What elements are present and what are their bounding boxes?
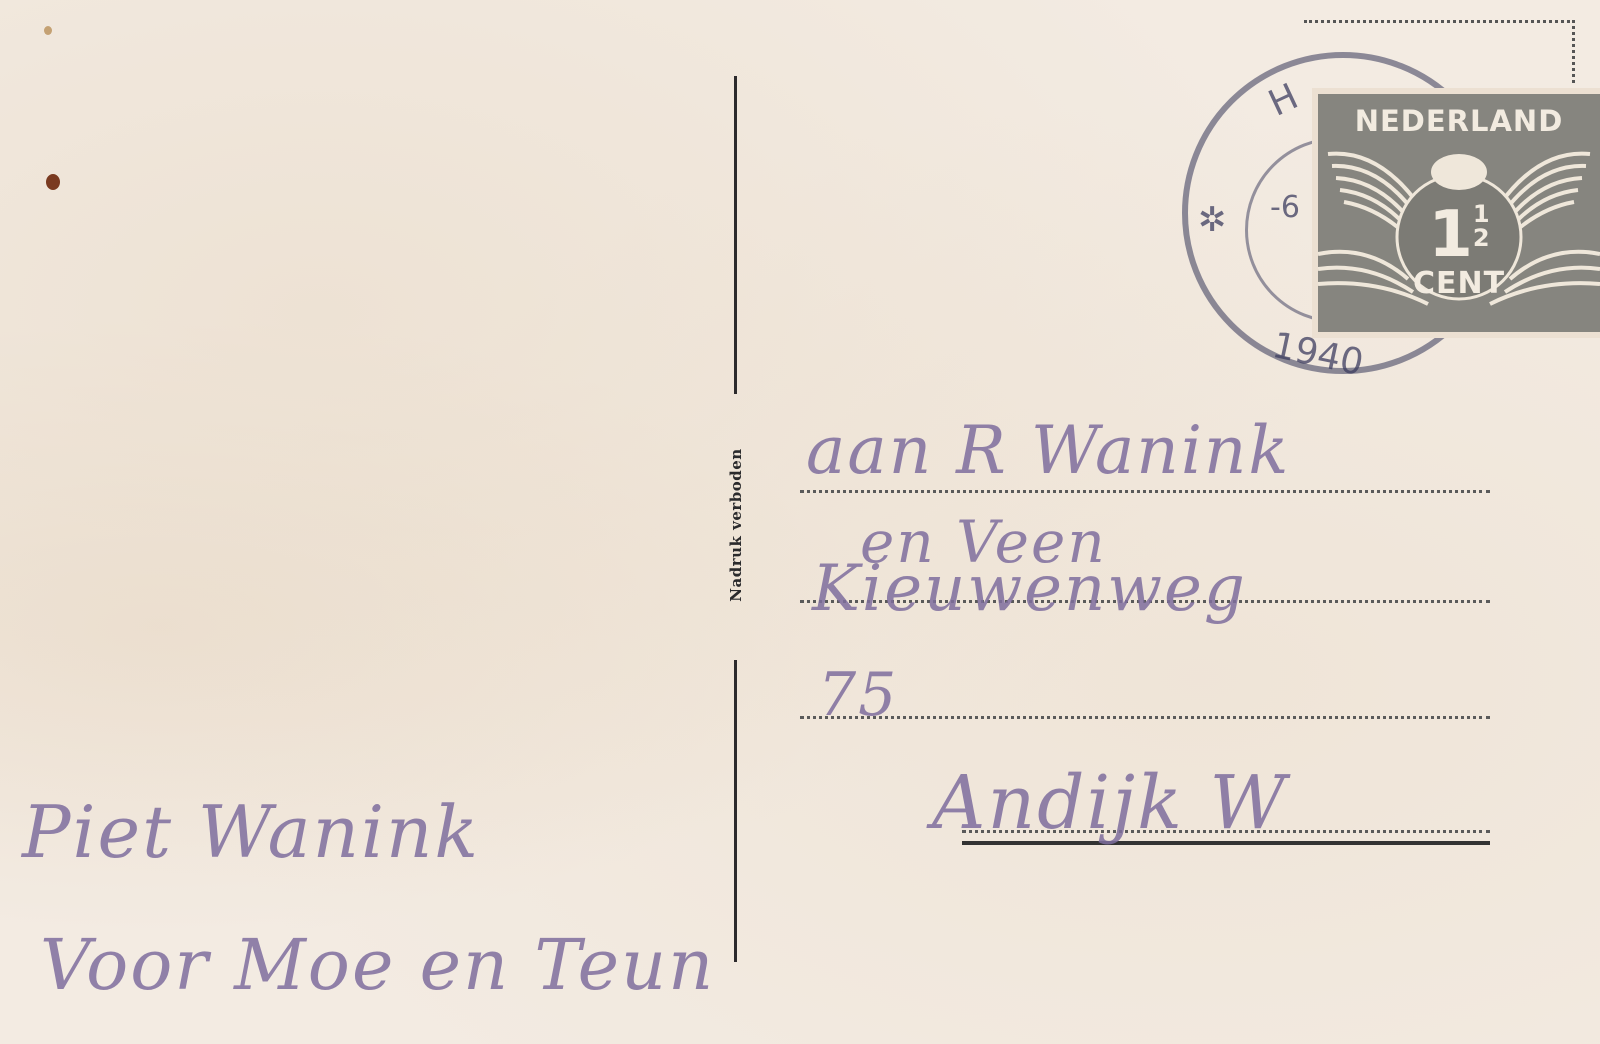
postmark-date: -6 <box>1270 190 1300 225</box>
postage-stamp: NEDERLAND 112 CENT <box>1318 94 1600 332</box>
stamp-unit: CENT <box>1318 266 1600 301</box>
postmark-star-icon: ✲ <box>1198 200 1227 240</box>
divider-line-top <box>734 76 737 394</box>
message-dedication: Voor Moe en Teun <box>40 924 715 1006</box>
address-line-1 <box>800 490 1490 493</box>
divider-line-bottom <box>734 660 737 962</box>
stain <box>46 174 60 190</box>
address-street: Kieuwenweg <box>812 552 1247 626</box>
postcard: Nadruk verboden H ✲ -6 1940 NEDERLAND 11… <box>0 0 1600 1044</box>
address-recipient: aan R Wanink <box>806 412 1290 489</box>
message-sender: Piet Wanink <box>22 790 480 874</box>
address-city: Andijk W <box>932 760 1288 846</box>
stamp-value: 112 <box>1318 198 1600 272</box>
address-line-3 <box>800 716 1490 719</box>
stain <box>44 26 52 35</box>
address-number: 75 <box>818 660 898 730</box>
reprint-notice: Nadruk verboden <box>716 400 756 650</box>
